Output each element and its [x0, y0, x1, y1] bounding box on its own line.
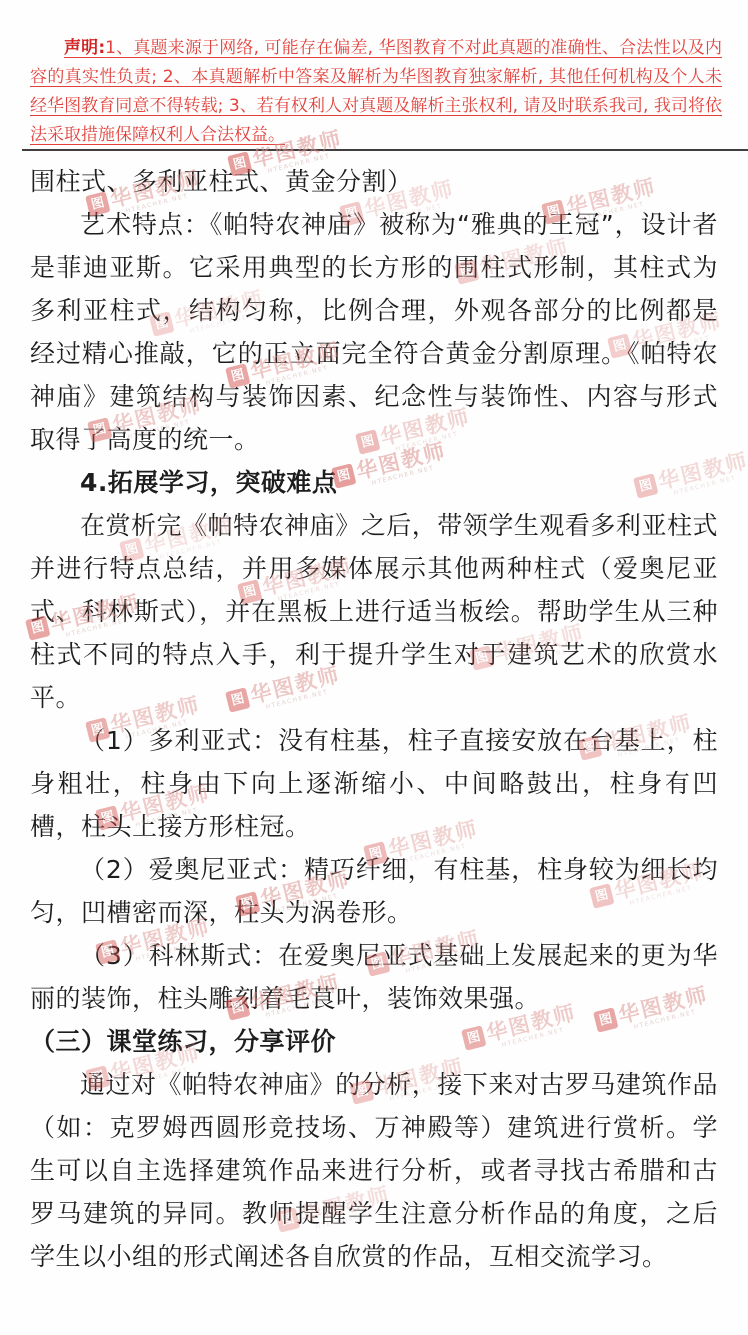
heading-paragraph: 4.拓展学习，突破难点: [30, 461, 718, 504]
heading-paragraph: （三）课堂练习，分享评价: [30, 1020, 718, 1063]
body-paragraph: （3）科林斯式：在爱奥尼亚式基础上发展起来的更为华丽的装饰，柱头雕刻着毛茛叶，装…: [30, 934, 718, 1020]
body-paragraph: 围柱式、多利亚柱式、黄金分割）: [30, 160, 718, 203]
divider-rule: [22, 149, 748, 151]
disclaimer-text: 声明:1、真题来源于网络, 可能存在偏差, 华图教育不对此真题的准确性、合法性以…: [30, 34, 722, 150]
body-paragraph: 通过对《帕特农神庙》的分析，接下来对古罗马建筑作品（如：克罗姆西圆形竞技场、万神…: [30, 1063, 718, 1278]
body-paragraph: （2）爱奥尼亚式：精巧纤细，有柱基，柱身较为细长均匀，凹槽密而深，柱头为涡卷形。: [30, 848, 718, 934]
body-paragraph: 在赏析完《帕特农神庙》之后，带领学生观看多利亚柱式并进行特点总结，并用多媒体展示…: [30, 504, 718, 719]
document-body: 围柱式、多利亚柱式、黄金分割）艺术特点：《帕特农神庙》被称为“雅典的王冠”，设计…: [30, 160, 718, 1278]
disclaimer-label: 声明:: [64, 38, 105, 58]
disclaimer-body: 1、真题来源于网络, 可能存在偏差, 华图教育不对此真题的准确性、合法性以及内容…: [30, 38, 722, 145]
body-paragraph: （1）多利亚式：没有柱基，柱子直接安放在台基上，柱身粗壮，柱身由下向上逐渐缩小、…: [30, 719, 718, 848]
body-paragraph: 艺术特点：《帕特农神庙》被称为“雅典的王冠”，设计者是菲迪亚斯。它采用典型的长方…: [30, 203, 718, 461]
document-page: 声明:1、真题来源于网络, 可能存在偏差, 华图教育不对此真题的准确性、合法性以…: [0, 0, 748, 1335]
